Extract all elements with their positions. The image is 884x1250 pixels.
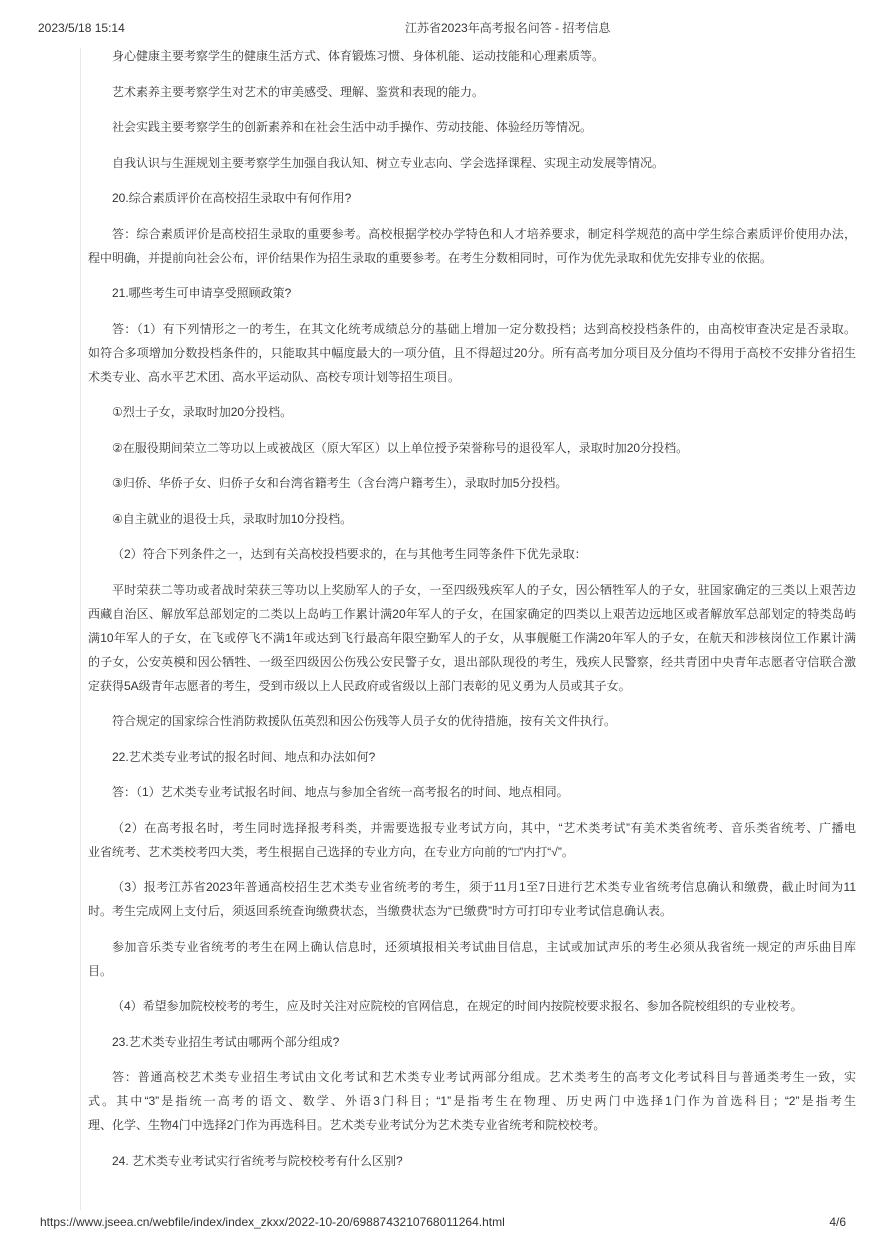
text-line: 艺术素养主要考察学生对艺术的审美感受、理解、鉴赏和表现的能力。	[88, 80, 856, 104]
text-line: 参加音乐类专业省统考的考生在网上确认信息时，还须填报相关考试曲目信息，主试或加试…	[88, 935, 856, 959]
text-paragraph: （4）希望参加院校校考的考生，应及时关注对应院校的官网信息，在规定的时间内按院校…	[88, 994, 856, 1018]
question-paragraph: 20.综合素质评价在高校招生录取中有何作用?	[88, 186, 856, 210]
print-footer-url: https://www.jseea.cn/webfile/index/index…	[40, 1215, 505, 1230]
text-line: 答：（1）有下列情形之一的考生，在其文化统考成绩总分的基础上增加一定分数投档；达…	[88, 317, 856, 341]
text-line: 22.艺术类专业考试的报名时间、地点和办法如何?	[88, 745, 856, 769]
text-line: 20.综合素质评价在高校招生录取中有何作用?	[88, 186, 856, 210]
text-line: 符合规定的国家综合性消防救援队伍英烈和因公伤残等人员子女的优待措施，按有关文件执…	[88, 709, 856, 733]
text-paragraph: 答：普通高校艺术类专业招生考试由文化考试和艺术类专业考试两部分组成。艺术类考生的…	[88, 1065, 856, 1137]
text-paragraph: ①烈士子女，录取时加20分投档。	[88, 400, 856, 424]
text-line: 时。考生完成网上支付后，须返回系统查询缴费状态，当缴费状态为“已缴费”时方可打印…	[88, 899, 856, 923]
question-paragraph: 23.艺术类专业招生考试由哪两个部分组成?	[88, 1030, 856, 1054]
text-line: （3）报考江苏省2023年普通高校招生艺术类专业省统考的考生，须于11月1至7日…	[88, 875, 856, 899]
question-paragraph: 21.哪些考生可申请享受照顾政策?	[88, 281, 856, 305]
text-line: ①烈士子女，录取时加20分投档。	[88, 400, 856, 424]
text-paragraph: 答：综合素质评价是高校招生录取的重要参考。高校根据学校办学特色和人才培养要求，制…	[88, 222, 856, 270]
page-body: 身心健康主要考察学生的健康生活方式、体育锻炼习惯、身体机能、运动技能和心理素质等…	[88, 44, 856, 1184]
text-paragraph: （2）符合下列条件之一，达到有关高校投档要求的，在与其他考生同等条件下优先录取：	[88, 542, 856, 566]
text-paragraph: ④自主就业的退役士兵，录取时加10分投档。	[88, 507, 856, 531]
printed-page: 2023/5/18 15:14 江苏省2023年高考报名问答 - 招考信息 身心…	[0, 0, 884, 1250]
question-paragraph: 24. 艺术类专业考试实行省统考与院校校考有什么区别?	[88, 1149, 856, 1173]
text-line: 西藏自治区、解放军总部划定的二类以上岛屿工作累计满20年军人的子女，在国家确定的…	[88, 602, 856, 626]
text-line: ②在服役期间荣立二等功以上或被战区（原大军区）以上单位授予荣誉称号的退役军人，录…	[88, 436, 856, 460]
text-paragraph: 平时荣获二等功或者战时荣获三等功以上奖励军人的子女，一至四级残疾军人的子女，因公…	[88, 578, 856, 698]
text-line: 理、化学、生物4门中选择2门作为再选科目。艺术类专业考试分为艺术类专业省统考和院…	[88, 1113, 856, 1137]
text-paragraph: 自我认识与生涯规划主要考察学生加强自我认知、树立专业志向、学会选择课程、实现主动…	[88, 151, 856, 175]
text-line: （2）符合下列条件之一，达到有关高校投档要求的，在与其他考生同等条件下优先录取：	[88, 542, 856, 566]
text-line: 答：普通高校艺术类专业招生考试由文化考试和艺术类专业考试两部分组成。艺术类考生的…	[88, 1065, 856, 1089]
text-line: 满10年军人的子女，在飞或停飞不满1年或达到飞行最高年限空勤军人的子女，从事舰艇…	[88, 626, 856, 650]
text-paragraph: 参加音乐类专业省统考的考生在网上确认信息时，还须填报相关考试曲目信息，主试或加试…	[88, 935, 856, 983]
print-header-datetime: 2023/5/18 15:14	[38, 21, 125, 36]
text-paragraph: 身心健康主要考察学生的健康生活方式、体育锻炼习惯、身体机能、运动技能和心理素质等…	[88, 44, 856, 68]
content-left-rule	[80, 48, 81, 1210]
text-line: 23.艺术类专业招生考试由哪两个部分组成?	[88, 1030, 856, 1054]
text-line: 定获得5A级青年志愿者的考生，受到市级以上人民政府或省级以上部门表彰的见义勇为人…	[88, 674, 856, 698]
text-line: （2）在高考报名时，考生同时选择报考科类，并需要选报专业考试方向，其中，“艺术类…	[88, 816, 856, 840]
text-line: ④自主就业的退役士兵，录取时加10分投档。	[88, 507, 856, 531]
text-line: 自我认识与生涯规划主要考察学生加强自我认知、树立专业志向、学会选择课程、实现主动…	[88, 151, 856, 175]
text-line: （4）希望参加院校校考的考生，应及时关注对应院校的官网信息，在规定的时间内按院校…	[88, 994, 856, 1018]
text-paragraph: 艺术素养主要考察学生对艺术的审美感受、理解、鉴赏和表现的能力。	[88, 80, 856, 104]
text-line: 答：综合素质评价是高校招生录取的重要参考。高校根据学校办学特色和人才培养要求，制…	[88, 222, 856, 246]
text-line: 答：（1）艺术类专业考试报名时间、地点与参加全省统一高考报名的时间、地点相同。	[88, 780, 856, 804]
text-line: 21.哪些考生可申请享受照顾政策?	[88, 281, 856, 305]
text-paragraph: （3）报考江苏省2023年普通高校招生艺术类专业省统考的考生，须于11月1至7日…	[88, 875, 856, 923]
text-paragraph: ③归侨、华侨子女、归侨子女和台湾省籍考生（含台湾户籍考生），录取时加5分投档。	[88, 471, 856, 495]
print-header-title: 江苏省2023年高考报名问答 - 招考信息	[405, 21, 610, 36]
text-line: 平时荣获二等功或者战时荣获三等功以上奖励军人的子女，一至四级残疾军人的子女，因公…	[88, 578, 856, 602]
text-line: 术类专业、高水平艺术团、高水平运动队、高校专项计划等招生项目。	[88, 365, 856, 389]
text-line: 的子女，公安英模和因公牺牲、一级至四级因公伤残公安民警子女，退出部队现役的考生，…	[88, 650, 856, 674]
text-line: 式。其中“3”是指统一高考的语文、数学、外语3门科目；“1”是指考生在物理、历史…	[88, 1089, 856, 1113]
text-paragraph: 社会实践主要考察学生的创新素养和在社会生活中动手操作、劳动技能、体验经历等情况。	[88, 115, 856, 139]
text-line: 程中明确，并提前向社会公布，评价结果作为招生录取的重要参考。在考生分数相同时，可…	[88, 246, 856, 270]
text-paragraph: 答：（1）艺术类专业考试报名时间、地点与参加全省统一高考报名的时间、地点相同。	[88, 780, 856, 804]
question-paragraph: 22.艺术类专业考试的报名时间、地点和办法如何?	[88, 745, 856, 769]
text-line: ③归侨、华侨子女、归侨子女和台湾省籍考生（含台湾户籍考生），录取时加5分投档。	[88, 471, 856, 495]
text-line: 如符合多项增加分数投档条件的，只能取其中幅度最大的一项分值，且不得超过20分。所…	[88, 341, 856, 365]
text-paragraph: （2）在高考报名时，考生同时选择报考科类，并需要选报专业考试方向，其中，“艺术类…	[88, 816, 856, 864]
text-line: 24. 艺术类专业考试实行省统考与院校校考有什么区别?	[88, 1149, 856, 1173]
text-line: 社会实践主要考察学生的创新素养和在社会生活中动手操作、劳动技能、体验经历等情况。	[88, 115, 856, 139]
text-line: 目。	[88, 959, 856, 983]
text-paragraph: ②在服役期间荣立二等功以上或被战区（原大军区）以上单位授予荣誉称号的退役军人，录…	[88, 436, 856, 460]
text-line: 身心健康主要考察学生的健康生活方式、体育锻炼习惯、身体机能、运动技能和心理素质等…	[88, 44, 856, 68]
text-paragraph: 符合规定的国家综合性消防救援队伍英烈和因公伤残等人员子女的优待措施，按有关文件执…	[88, 709, 856, 733]
text-paragraph: 答：（1）有下列情形之一的考生，在其文化统考成绩总分的基础上增加一定分数投档；达…	[88, 317, 856, 389]
print-footer-page-number: 4/6	[829, 1215, 846, 1230]
text-line: 业省统考、艺术类校考四大类，考生根据自己选择的专业方向，在专业方向前的“□”内打…	[88, 840, 856, 864]
